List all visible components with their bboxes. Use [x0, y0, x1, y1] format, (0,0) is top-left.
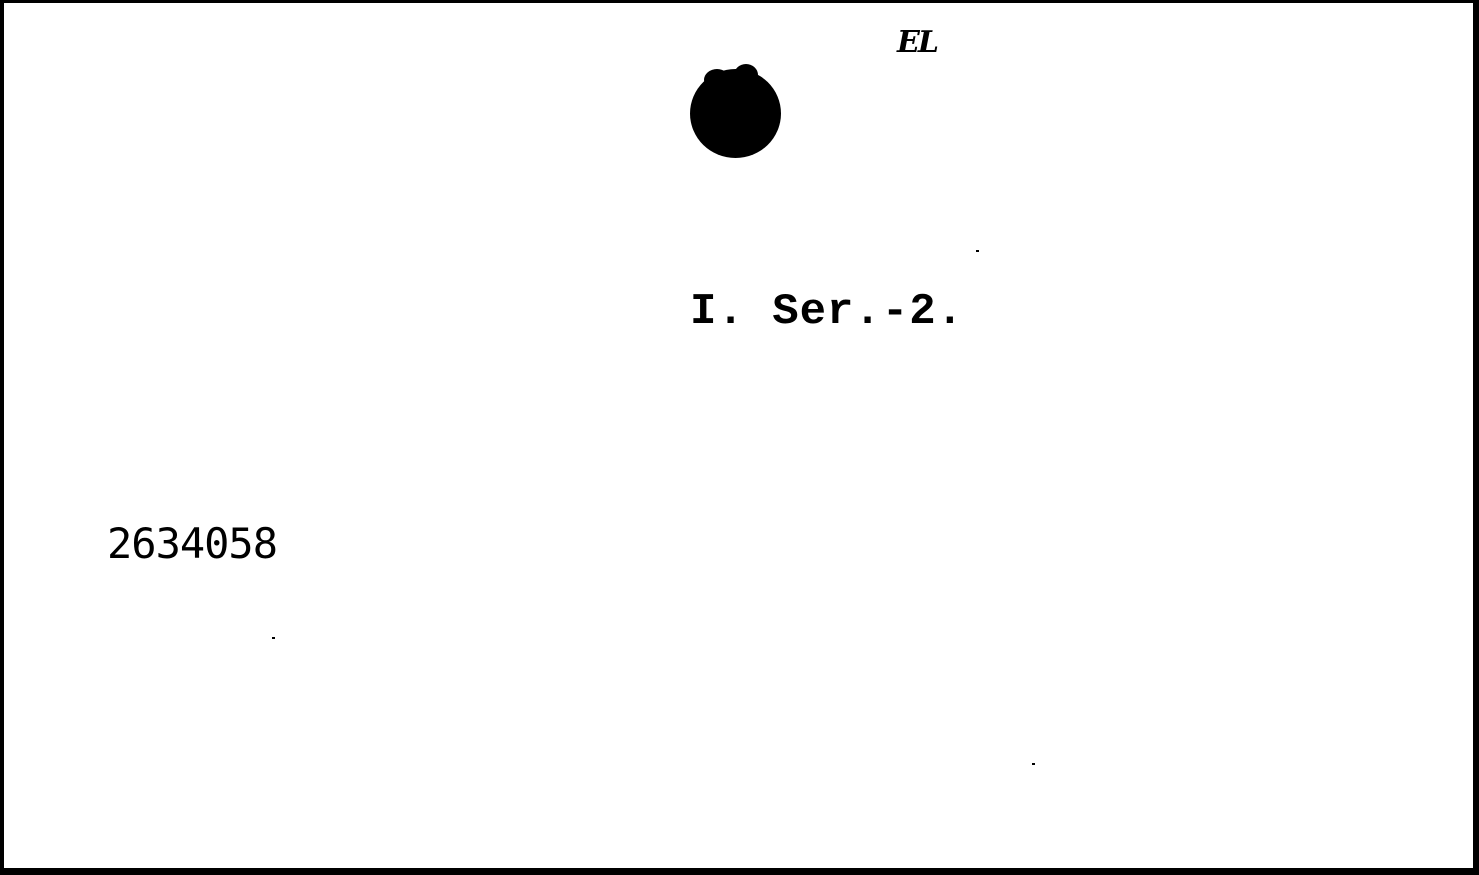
speck — [272, 637, 275, 639]
speck — [1032, 763, 1035, 765]
index-card: EL I. Ser.-2. 2634058 — [4, 3, 1473, 868]
handwritten-annotation: EL — [897, 25, 937, 60]
punch-hole-edge — [734, 64, 758, 86]
card-number: 2634058 — [107, 519, 277, 568]
speck — [976, 250, 979, 252]
series-label: I. Ser.-2. — [690, 287, 964, 337]
punch-hole-edge — [704, 69, 730, 91]
